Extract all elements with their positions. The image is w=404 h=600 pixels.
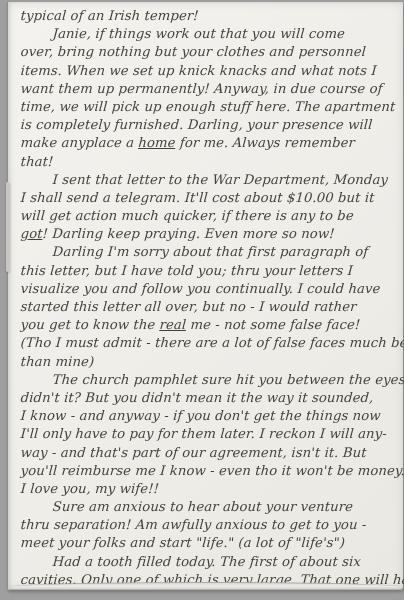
letter-line: started this letter all over, but no - I…: [20, 299, 400, 317]
letter-text-segment: visualize you and follow you continually…: [20, 282, 381, 297]
letter-text-segment: The church pamphlet sure hit you between…: [52, 373, 404, 388]
letter-text-segment: started this letter all over, but no - I…: [20, 300, 357, 315]
letter-text-segment: over, bring nothing but your clothes and…: [20, 45, 366, 60]
letter-line: (Tho I must admit - there are a lot of f…: [20, 335, 400, 353]
letter-text-segment: for me. Always remember: [175, 136, 355, 151]
letter-text-segment: time, we will pick up enough stuff here.…: [20, 100, 396, 115]
letter-line: Sure am anxious to hear about your ventu…: [20, 499, 400, 517]
letter-text-segment: want them up permanently! Anyway, in due…: [20, 82, 383, 97]
letter-line: typical of an Irish temper!: [20, 8, 400, 26]
letter-text-segment: is completely furnished. Darling, your p…: [20, 118, 373, 133]
letter-text-segment: typical of an Irish temper!: [20, 9, 199, 24]
letter-paper: typical of an Irish temper!Janie, if thi…: [7, 2, 403, 590]
letter-line: over, bring nothing but your clothes and…: [20, 44, 400, 62]
letter-line: that!: [20, 154, 400, 172]
letter-text-segment: (Tho I must admit - there are a lot of f…: [20, 336, 404, 351]
letter-line: I know - and anyway - if you don't get t…: [20, 408, 400, 426]
letter-text-segment: I sent that letter to the War Department…: [52, 173, 388, 188]
letter-text-segment: Had a tooth filled today. The first of a…: [52, 555, 361, 570]
letter-line: didn't it? But you didn't mean it the wa…: [20, 390, 400, 408]
letter-text-segment: way - and that's part of our agreement, …: [20, 446, 367, 461]
letter-text-segment: items. When we set up knick knacks and w…: [20, 64, 377, 79]
letter-text-segment: ! Darling keep praying. Even more so now…: [42, 227, 335, 242]
letter-line: meet your folks and start "life." (a lot…: [20, 535, 400, 553]
letter-line: got! Darling keep praying. Even more so …: [20, 226, 400, 244]
letter-text-segment: Darling I'm sorry about that first parag…: [52, 245, 369, 260]
letter-line: you'll reimburse me I know - even tho it…: [20, 463, 400, 481]
letter-line: will get action much quicker, if there i…: [20, 208, 400, 226]
letter-text-segment: this letter, but I have told you; thru y…: [20, 264, 353, 279]
underlined-word: home: [138, 136, 176, 151]
letter-line: Darling I'm sorry about that first parag…: [20, 244, 400, 262]
letter-text-segment: I know - and anyway - if you don't get t…: [20, 409, 381, 424]
underlined-word: got: [20, 227, 43, 242]
letter-line: items. When we set up knick knacks and w…: [20, 63, 400, 81]
letter-text-segment: make anyplace a: [20, 136, 139, 151]
letter-line: I love you, my wife!!: [20, 481, 400, 499]
letter-body: typical of an Irish temper!Janie, if thi…: [8, 2, 403, 590]
letter-line: I'll only have to pay for them later. I …: [20, 426, 400, 444]
letter-line: way - and that's part of our agreement, …: [20, 445, 400, 463]
letter-line: want them up permanently! Anyway, in due…: [20, 81, 400, 99]
letter-line: Janie, if things work out that you will …: [20, 26, 400, 44]
letter-line: time, we will pick up enough stuff here.…: [20, 99, 400, 117]
letter-line: than mine): [20, 354, 400, 372]
letter-line: I shall send a telegram. It'll cost abou…: [20, 190, 400, 208]
letter-text-segment: thru separation! Am awfully anxious to g…: [20, 518, 367, 533]
letter-line: I sent that letter to the War Department…: [20, 172, 400, 190]
letter-text-segment: didn't it? But you didn't mean it the wa…: [20, 391, 374, 406]
letter-text-segment: me - not some false face!: [186, 318, 361, 333]
letter-line: Had a tooth filled today. The first of a…: [20, 554, 400, 572]
letter-line: The church pamphlet sure hit you between…: [20, 372, 400, 390]
letter-line: is completely furnished. Darling, your p…: [20, 117, 400, 135]
paper-bottom-crease: [10, 582, 403, 587]
letter-line: cavities. Only one of which is very larg…: [20, 572, 400, 590]
letter-line: thru separation! Am awfully anxious to g…: [20, 517, 400, 535]
letter-text-segment: Sure am anxious to hear about your ventu…: [52, 500, 353, 515]
letter-text-segment: meet your folks and start "life." (a lot…: [20, 536, 345, 551]
letter-text-segment: I shall send a telegram. It'll cost abou…: [20, 191, 375, 206]
letter-text-segment: Janie, if things work out that you will …: [52, 27, 345, 42]
letter-text-segment: you'll reimburse me I know - even tho it…: [20, 464, 404, 479]
letter-text-segment: will get action much quicker, if there i…: [20, 209, 354, 224]
underlined-word: real: [159, 318, 187, 333]
letter-line: visualize you and follow you continually…: [20, 281, 400, 299]
letter-text-segment: I love you, my wife!!: [20, 482, 159, 497]
letter-text-segment: than mine): [20, 355, 95, 370]
letter-text-segment: you get to know the: [20, 318, 160, 333]
letter-line: this letter, but I have told you; thru y…: [20, 263, 400, 281]
letter-line: you get to know the real me - not some f…: [20, 317, 400, 335]
letter-text-segment: I'll only have to pay for them later. I …: [20, 427, 387, 442]
scanned-letter-screenshot: { "document": { "kind": "handwritten let…: [0, 0, 404, 600]
letter-text-segment: that!: [20, 155, 54, 170]
letter-line: make anyplace a home for me. Always reme…: [20, 135, 400, 153]
